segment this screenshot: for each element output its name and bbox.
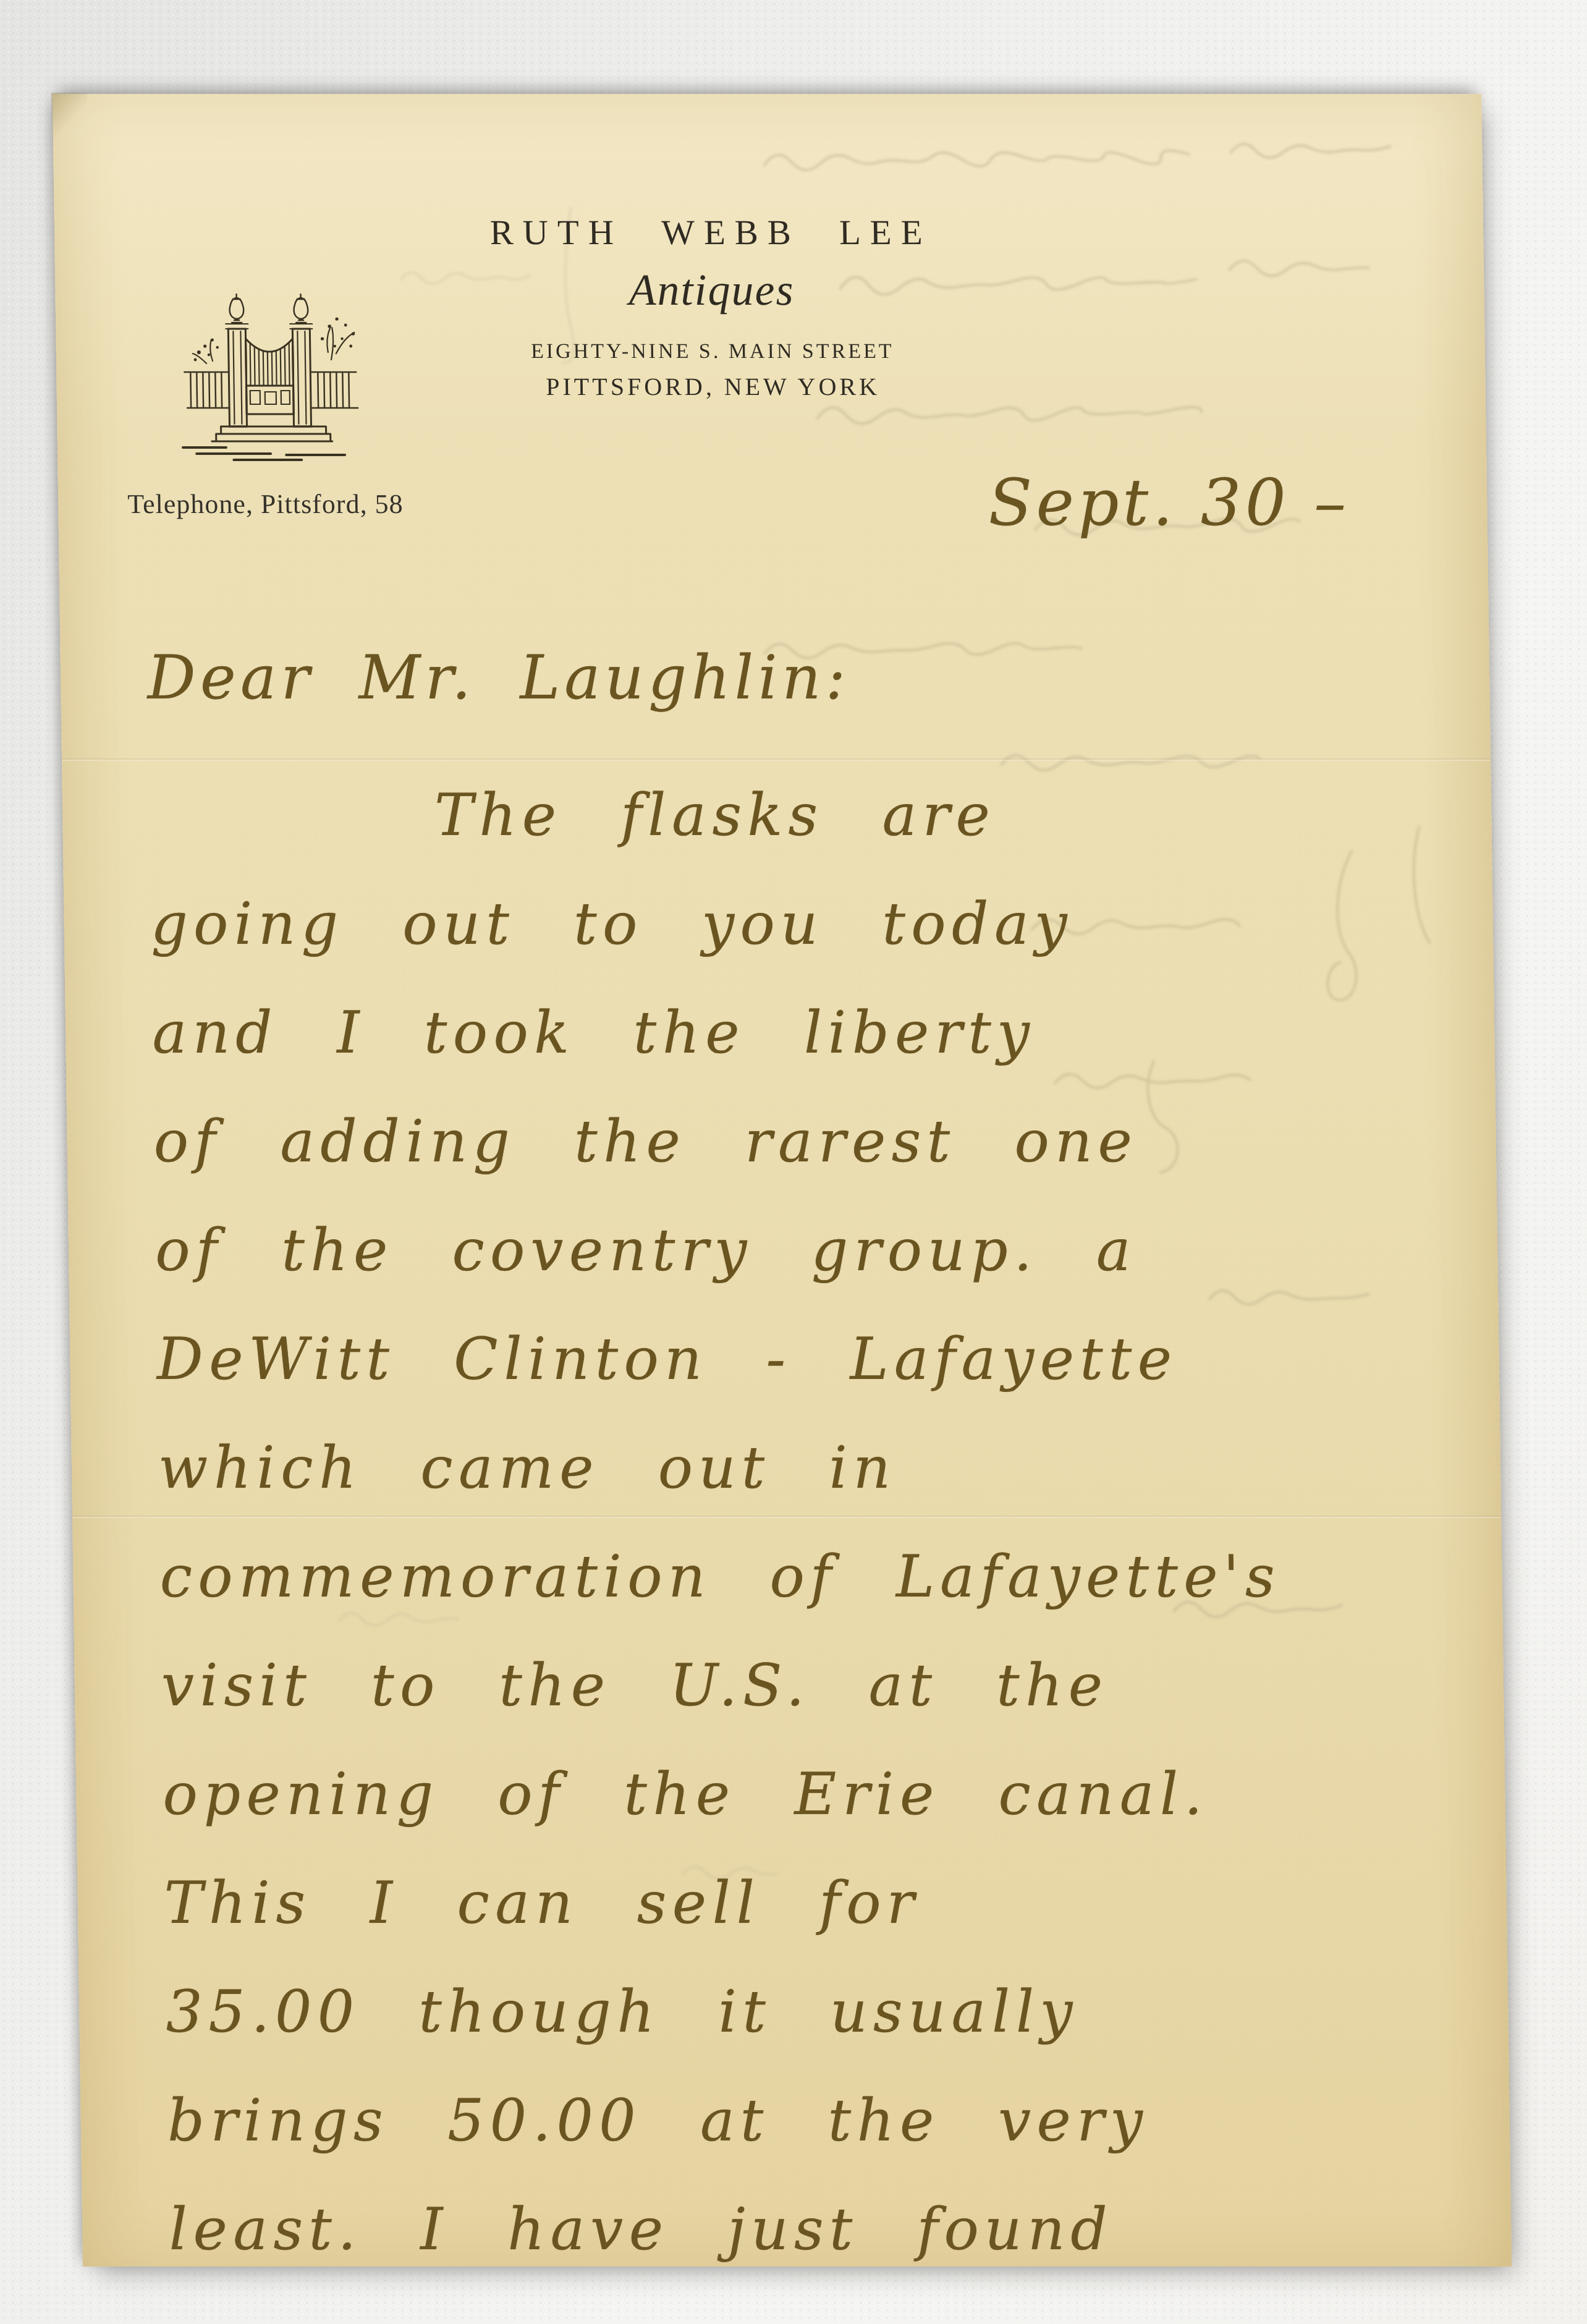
letterhead-business: Antiques	[248, 265, 1175, 316]
handwritten-line: and I took the liberty	[151, 979, 1432, 1088]
handwritten-line: of the coventry group. a	[154, 1197, 1435, 1305]
letterhead-telephone: Telephone, Pittsford, 58	[127, 488, 404, 520]
letter-body: The flasks are going out to you today an…	[148, 761, 1449, 2284]
letterhead-address-line2: PITTSFORD, NEW YORK	[249, 372, 1177, 401]
handwritten-line: 35.00 though it usually	[165, 1958, 1445, 2067]
handwritten-line: commemoration of Lafayette's	[159, 1523, 1439, 1632]
photo-backdrop: RUTH WEBB LEE Antiques EIGHTY-NINE S. MA…	[0, 0, 1587, 2324]
letterhead-address-line1: EIGHTY-NINE S. MAIN STREET	[249, 340, 1177, 363]
handwritten-line: going out to you today	[150, 870, 1431, 979]
letter-salutation: Dear Mr. Laughlin:	[146, 643, 850, 713]
handwritten-line: brings 50.00 at the very	[167, 2067, 1447, 2176]
corner-fold	[51, 93, 88, 141]
letter-paper: RUTH WEBB LEE Antiques EIGHTY-NINE S. MA…	[53, 94, 1512, 2267]
handwritten-line: visit to the U.S. at the	[161, 1632, 1441, 1741]
handwritten-line: DeWitt Clinton - Lafayette	[156, 1305, 1436, 1414]
handwritten-line: The flasks are	[148, 761, 1429, 870]
fold-crease-upper	[62, 758, 1491, 761]
handwritten-line: least. I have just found	[168, 2176, 1449, 2284]
handwritten-line: which came out in	[158, 1414, 1438, 1523]
handwritten-line: This I can sell for	[164, 1849, 1444, 1958]
handwritten-line: of adding the rarest one	[153, 1088, 1433, 1197]
letter-date: Sept. 30 –	[988, 465, 1350, 540]
letterhead-name: RUTH WEBB LEE	[247, 213, 1175, 253]
handwritten-line: opening of the Erie canal.	[162, 1741, 1442, 1849]
